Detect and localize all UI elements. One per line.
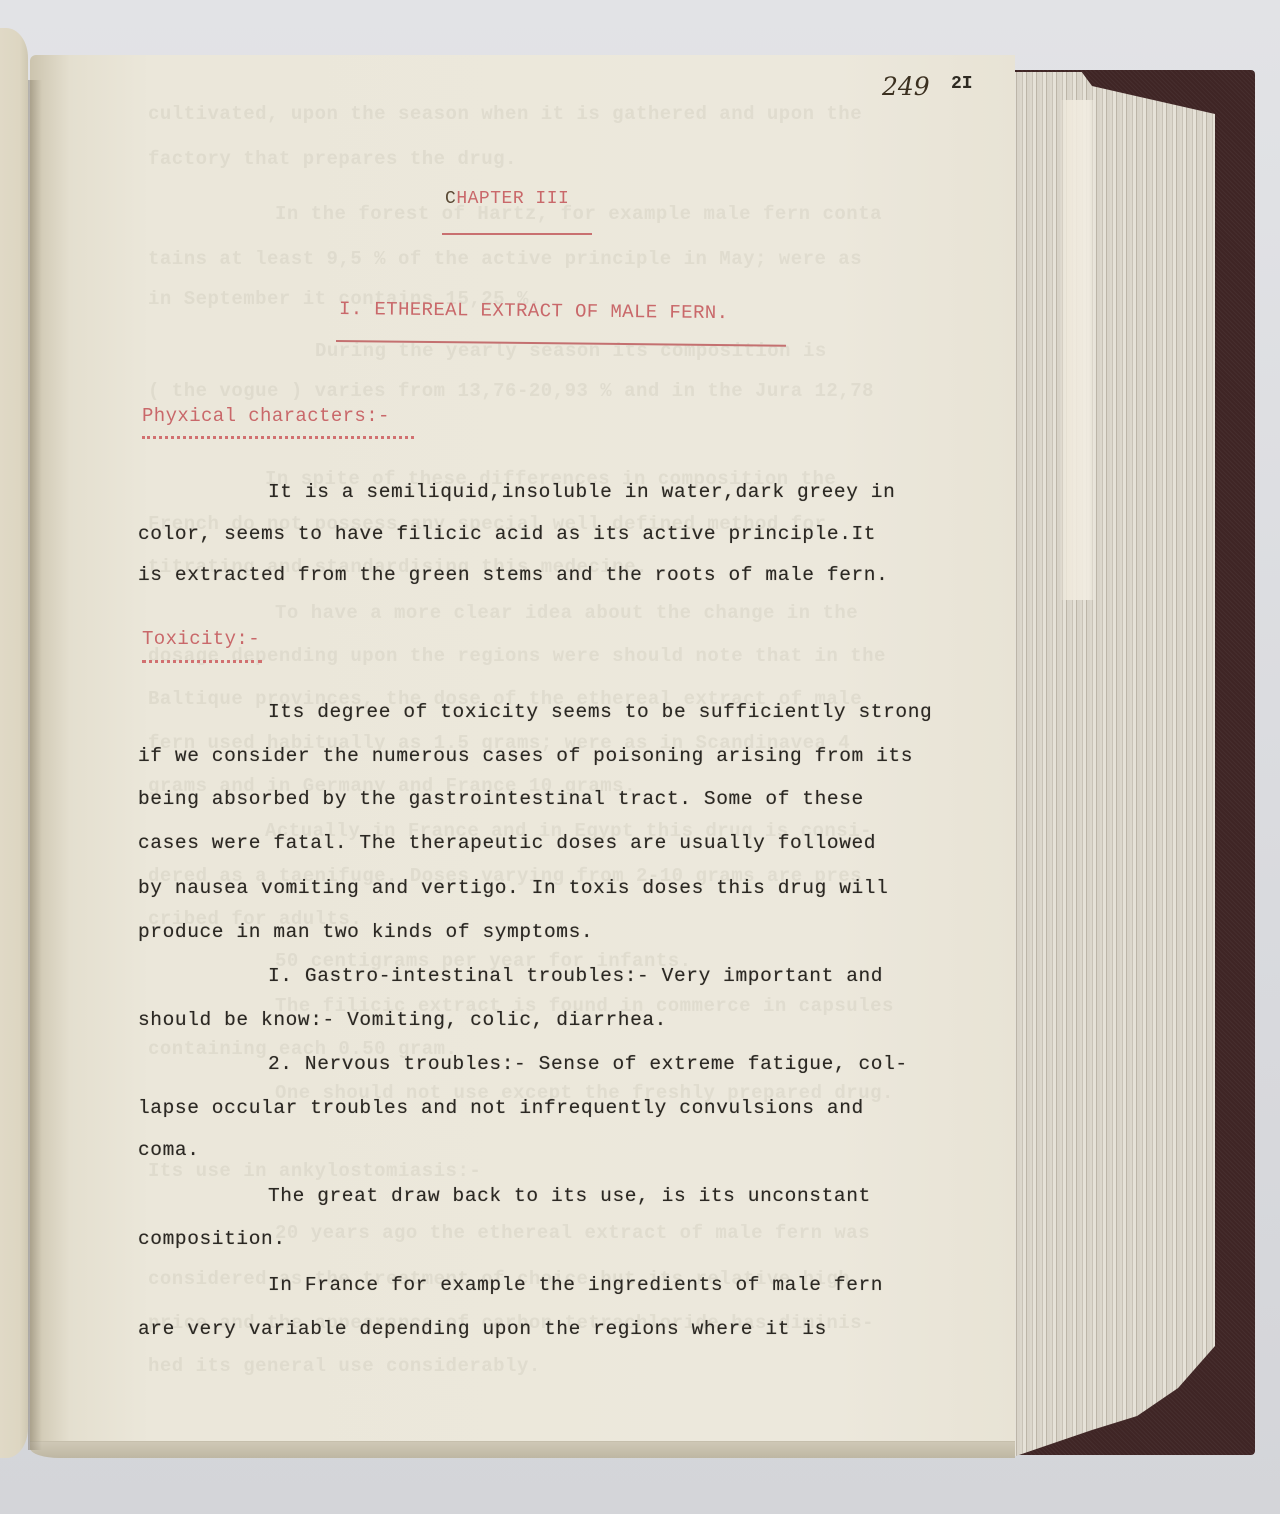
- chapter-heading-rest: HAPTER III: [456, 189, 569, 209]
- text-line: is extracted from the green stems and th…: [138, 564, 888, 586]
- text-line: It is a semiliquid,insoluble in water,da…: [268, 481, 895, 503]
- subheading-underline: [142, 660, 262, 663]
- text-line: In France for example the ingredients of…: [268, 1274, 883, 1296]
- page-stack-fore-edge: [1010, 72, 1215, 1472]
- text-line: lapse occular troubles and not infrequen…: [138, 1097, 864, 1119]
- text-line: 2. Nervous troubles:- Sense of extreme f…: [268, 1053, 908, 1075]
- folded-page-edge: [1060, 100, 1096, 600]
- page-bottom-edge: [30, 1442, 1015, 1458]
- text-line: if we consider the numerous cases of poi…: [138, 745, 913, 767]
- text-line: produce in man two kinds of symptoms.: [138, 921, 593, 943]
- text-line: I. Gastro-intestinal troubles:- Very imp…: [268, 965, 883, 987]
- section-title: I. ETHEREAL EXTRACT OF MALE FERN.: [339, 298, 729, 324]
- chapter-heading: CHAPTER III: [445, 189, 569, 209]
- handwritten-page-number: 249: [882, 72, 930, 101]
- text-line: The great draw back to its use, is its u…: [268, 1185, 871, 1207]
- subheading-underline: [142, 436, 414, 439]
- chapter-initial: C: [445, 189, 456, 209]
- text-line: by nausea vomiting and vertigo. In toxis…: [138, 877, 888, 899]
- text-line: color, seems to have filicic acid as its…: [138, 523, 876, 545]
- chapter-underline: [442, 233, 592, 235]
- subheading-toxicity: Toxicity:-: [142, 628, 260, 650]
- subheading-physical-characters: Phyxical characters:-: [142, 405, 390, 427]
- typed-page-number: 2I: [951, 74, 973, 94]
- text-line: Its degree of toxicity seems to be suffi…: [268, 701, 932, 723]
- text-line: being absorbed by the gastrointestinal t…: [138, 788, 864, 810]
- text-line: composition.: [138, 1228, 286, 1250]
- gutter-shadow: [28, 80, 42, 1450]
- text-line: are very variable depending upon the reg…: [138, 1318, 827, 1340]
- text-line: should be know:- Vomiting, colic, diarrh…: [138, 1009, 667, 1031]
- text-line: coma.: [138, 1139, 200, 1161]
- text-line: cases were fatal. The therapeutic doses …: [138, 832, 876, 854]
- facing-page-edge: [0, 28, 28, 1458]
